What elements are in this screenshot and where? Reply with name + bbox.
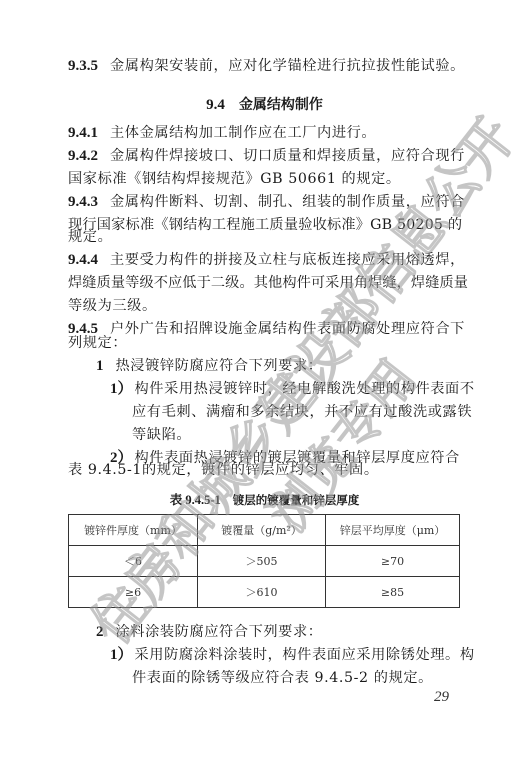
table-cell: ≥6 bbox=[69, 577, 198, 608]
table-cell: ≥85 bbox=[326, 577, 460, 608]
item-1: 1热浸镀锌防腐应符合下列要求： bbox=[96, 356, 323, 376]
table-row: ＜6 ＞505 ≥70 bbox=[69, 546, 460, 577]
subitem-1-1: 1）构件采用热浸镀锌时，经电解酸洗处理的构件表面不 bbox=[110, 379, 475, 399]
clause-number: 9.4.4 bbox=[68, 252, 98, 268]
subitem-2-1: 1）采用防腐涂料涂装时，构件表面应采用除锈处理。构 bbox=[110, 645, 475, 665]
section-number: 9.4 bbox=[206, 97, 225, 113]
item-text: 热浸镀锌防腐应符合下列要求： bbox=[116, 358, 323, 374]
table-header-cell: 镀覆量（g/m²） bbox=[198, 515, 326, 546]
section-heading: 9.4金属结构制作 bbox=[0, 94, 529, 114]
subitem-number: 1） bbox=[110, 381, 133, 397]
subitem-text-line: 表 9.4.5-1的规定，镀件的锌层应均匀、牢固。 bbox=[68, 460, 379, 480]
clause-text-line: 国家标准《钢结构焊接规范》GB 50661 的规定。 bbox=[68, 169, 401, 189]
subitem-text: 构件采用热浸镀锌时，经电解酸洗处理的构件表面不 bbox=[135, 381, 475, 397]
table-cell: ≥70 bbox=[326, 546, 460, 577]
page-number: 29 bbox=[434, 689, 449, 706]
clause-text: 主要受力构件的拼接及立柱与底板连接应采用熔透焊， bbox=[110, 252, 465, 268]
clause-text-line: 列规定： bbox=[68, 333, 127, 353]
clause-number: 9.3.5 bbox=[68, 58, 98, 74]
zinc-coating-table: 镀锌件厚度（mm） 镀覆量（g/m²） 锌层平均厚度（μm） ＜6 ＞505 ≥… bbox=[68, 514, 460, 608]
clause-9-4-3: 9.4.3金属构件断料、切割、制孔、组装的制作质量，应符合 bbox=[68, 192, 465, 212]
clause-text: 金属构件断料、切割、制孔、组装的制作质量，应符合 bbox=[110, 194, 465, 210]
table-cell: ＞505 bbox=[198, 546, 326, 577]
document-page: 9.3.5金属构架安装前，应对化学锚栓进行抗拉拔性能试验。 9.4金属结构制作 … bbox=[0, 0, 529, 767]
table-number: 表 9.4.5-1 bbox=[170, 493, 221, 507]
clause-9-4-5: 9.4.5户外广告和招牌设施金属结构件表面防腐处理应符合下 bbox=[68, 319, 465, 339]
item-number: 2 bbox=[96, 624, 104, 640]
clause-text-line: 等级为三级。 bbox=[68, 296, 157, 316]
subitem-text-line: 应有毛刺、满瘤和多余结块，并不应有过酸洗或露铁 bbox=[132, 402, 472, 422]
subitem-number: 1） bbox=[110, 647, 133, 663]
clause-text: 金属构件焊接坡口、切口质量和焊接质量，应符合现行 bbox=[110, 148, 465, 164]
table-caption: 表 9.4.5-1镀层的镀覆量和锌层厚度 bbox=[0, 490, 529, 508]
item-number: 1 bbox=[96, 358, 104, 374]
clause-text: 主体金属结构加工制作应在工厂内进行。 bbox=[110, 125, 376, 141]
section-title: 金属结构制作 bbox=[239, 97, 323, 113]
clause-text: 户外广告和招牌设施金属结构件表面防腐处理应符合下 bbox=[110, 321, 465, 337]
table-header-cell: 镀锌件厚度（mm） bbox=[69, 515, 198, 546]
clause-text-line: 规定。 bbox=[68, 227, 112, 247]
table-cell: ＜6 bbox=[69, 546, 198, 577]
clause-number: 9.4.3 bbox=[68, 194, 98, 210]
subitem-text: 采用防腐涂料涂装时，构件表面应采用除锈处理。构 bbox=[135, 647, 475, 663]
clause-9-3-5: 9.3.5金属构架安装前，应对化学锚栓进行抗拉拔性能试验。 bbox=[68, 56, 465, 76]
item-2: 2涂料涂装防腐应符合下列要求： bbox=[96, 622, 323, 642]
table-header-row: 镀锌件厚度（mm） 镀覆量（g/m²） 锌层平均厚度（μm） bbox=[69, 515, 460, 546]
table-row: ≥6 ＞610 ≥85 bbox=[69, 577, 460, 608]
clause-number: 9.4.1 bbox=[68, 125, 98, 141]
clause-number: 9.4.2 bbox=[68, 148, 98, 164]
subitem-text-line: 件表面的除锈等级应符合表 9.4.5-2 的规定。 bbox=[132, 668, 433, 688]
clause-text-line: 现行国家标准《钢结构工程施工质量验收标准》GB 50205 的 bbox=[68, 215, 462, 235]
clause-9-4-4: 9.4.4主要受力构件的拼接及立柱与底板连接应采用熔透焊， bbox=[68, 250, 465, 270]
table-title: 镀层的镀覆量和锌层厚度 bbox=[233, 493, 360, 507]
table-header-cell: 锌层平均厚度（μm） bbox=[326, 515, 460, 546]
table-cell: ＞610 bbox=[198, 577, 326, 608]
clause-9-4-2: 9.4.2金属构件焊接坡口、切口质量和焊接质量，应符合现行 bbox=[68, 146, 465, 166]
item-text: 涂料涂装防腐应符合下列要求： bbox=[116, 624, 323, 640]
clause-9-4-1: 9.4.1主体金属结构加工制作应在工厂内进行。 bbox=[68, 123, 376, 143]
clause-text: 金属构架安装前，应对化学锚栓进行抗拉拔性能试验。 bbox=[110, 58, 465, 74]
clause-text-line: 焊缝质量等级不应低于二级。其他构件可采用角焊缝，焊缝质量 bbox=[68, 273, 468, 293]
subitem-text-line: 等缺陷。 bbox=[132, 425, 191, 445]
